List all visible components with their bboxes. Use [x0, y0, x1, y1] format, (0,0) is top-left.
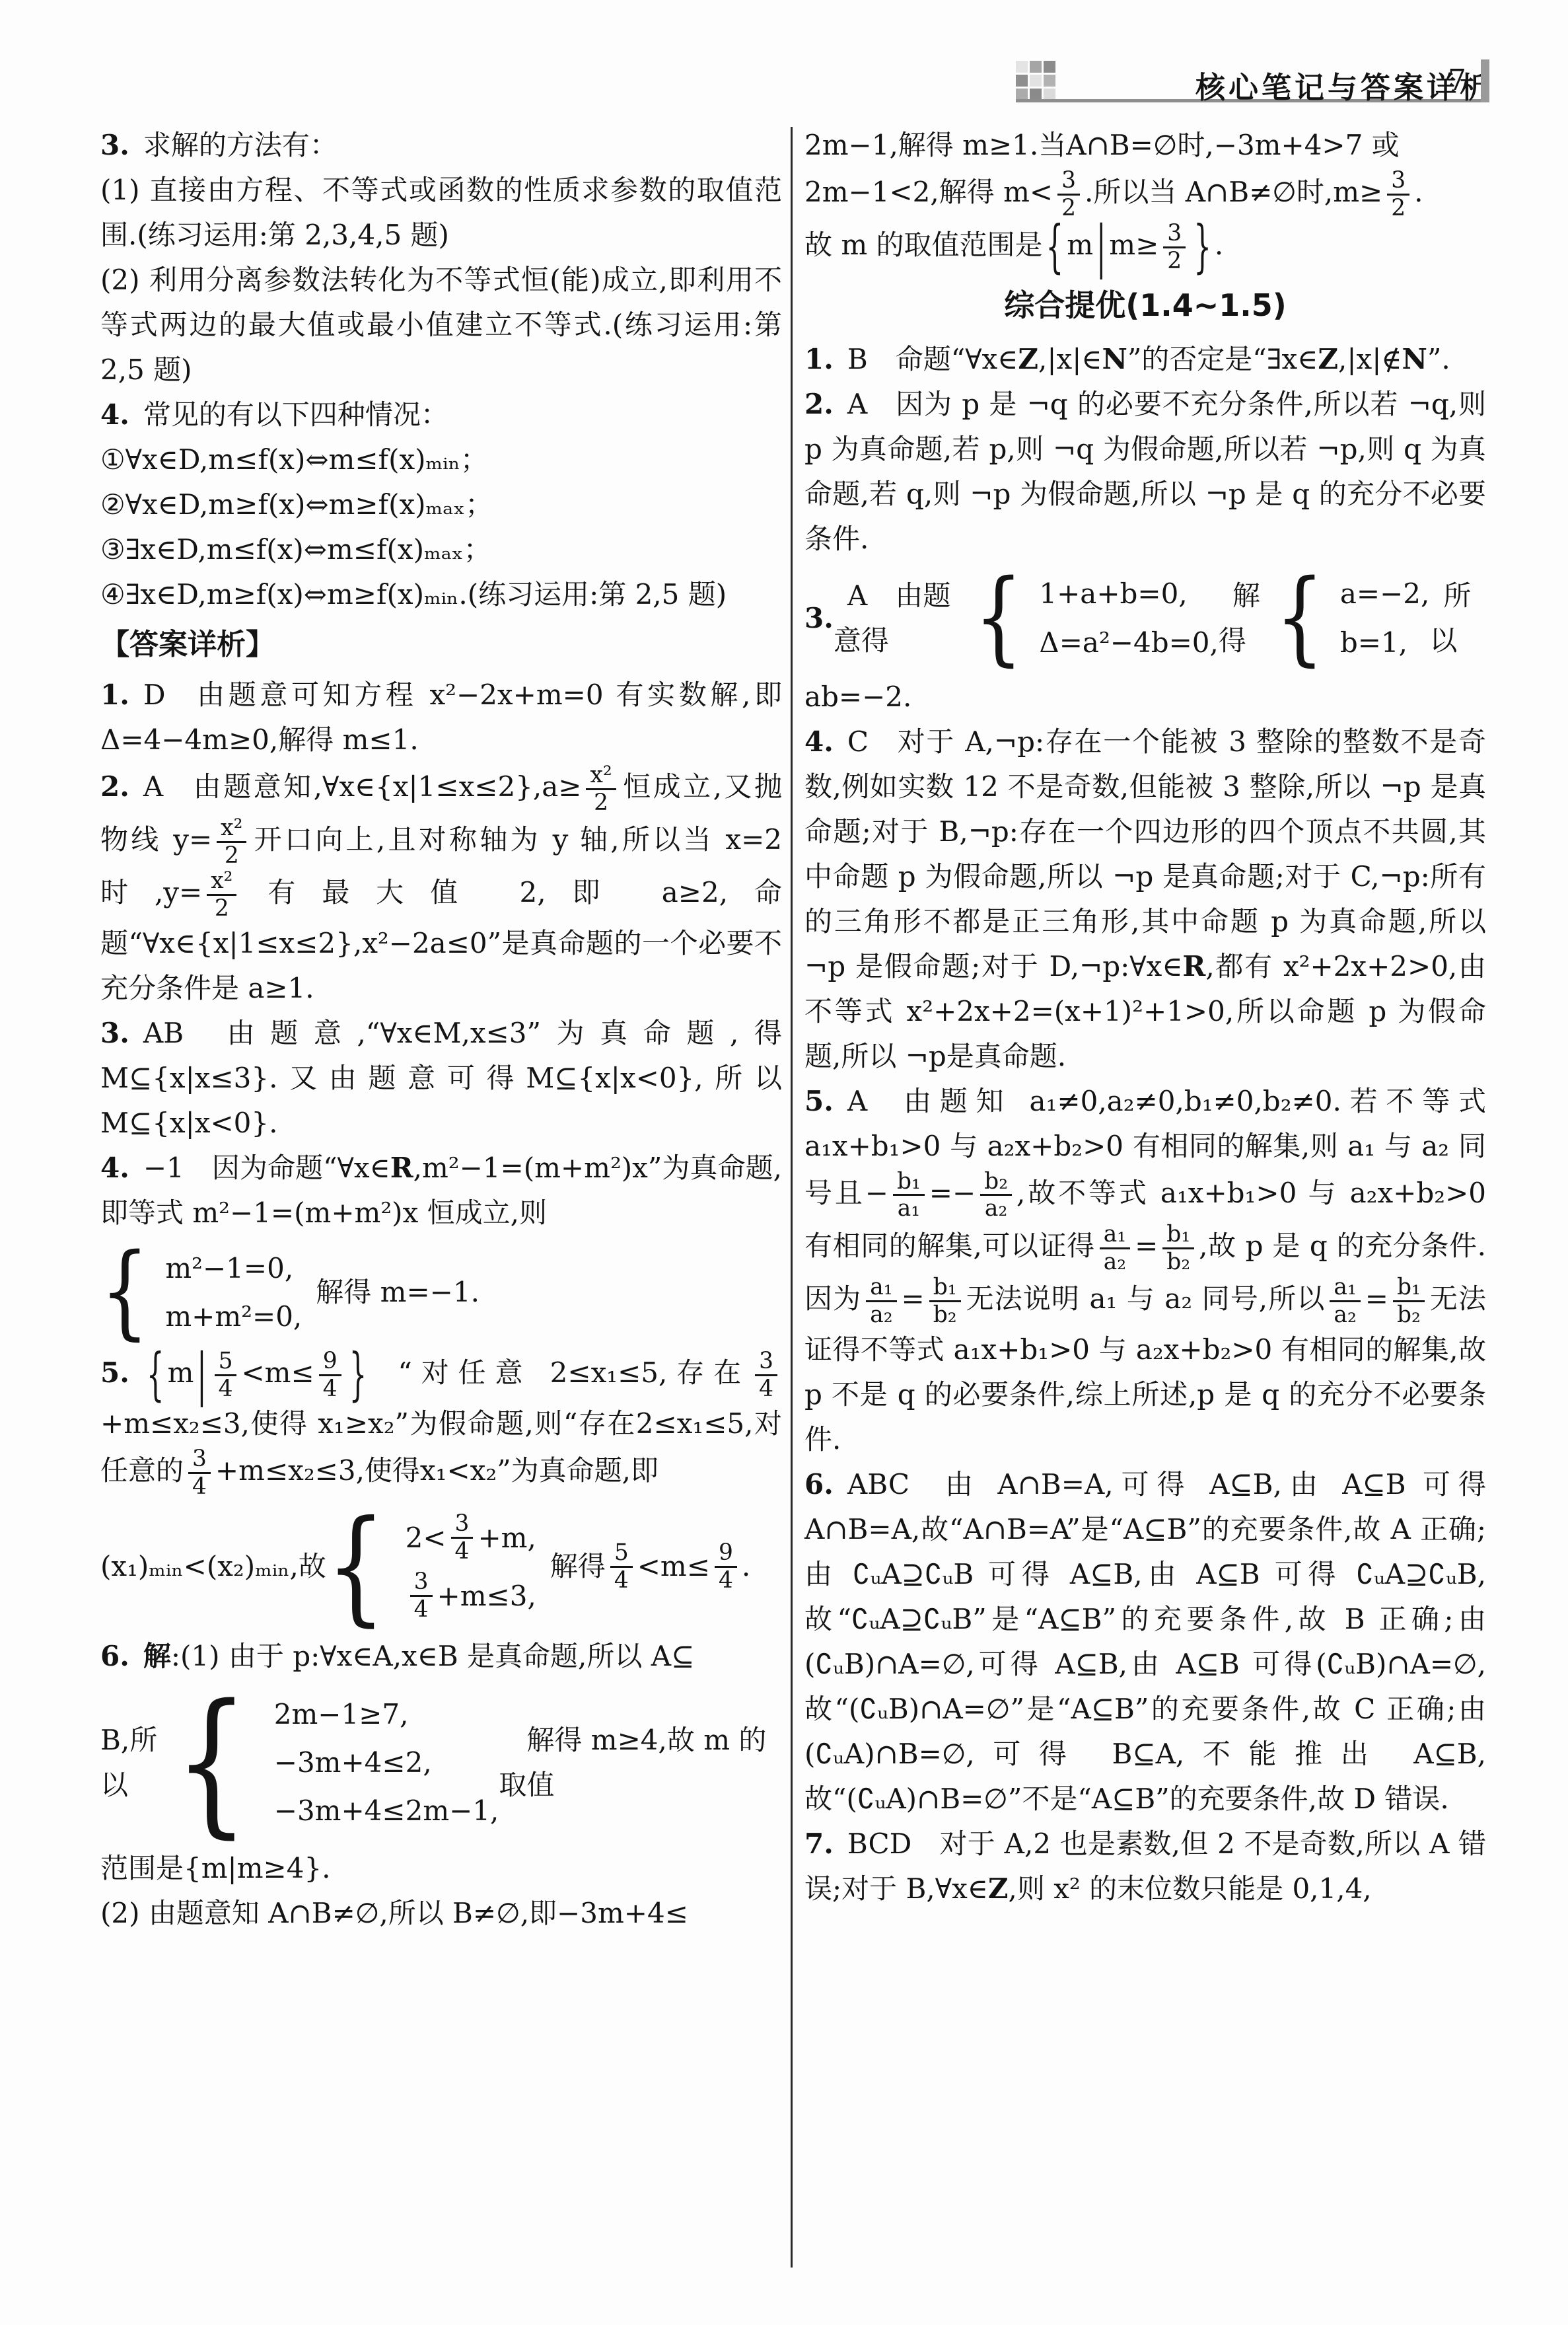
- bold-text-run: N: [1402, 343, 1427, 375]
- bold-text-run: 【答案详析】: [100, 628, 275, 661]
- text-run: ”.: [1427, 343, 1450, 375]
- fraction-numerator: 5: [215, 1348, 237, 1374]
- paragraph: 5. {m|54<m≤94} “对任意 2≤x₁≤5,存在34+m≤x₂≤3,使…: [100, 1348, 782, 1499]
- cases-group: {2m−1≥7,−3m+4≤2,−3m+4≤2m−1,: [174, 1684, 499, 1840]
- text-run: 2m−1≥7,: [274, 1693, 409, 1736]
- fraction-denominator: 4: [188, 1472, 211, 1500]
- paragraph: ②∀x∈D,m≥f(x)⇔m≥f(x)ₘₐₓ；: [100, 482, 782, 527]
- bold-text-run: 5.: [804, 1085, 834, 1117]
- fraction-denominator: 4: [215, 1374, 237, 1402]
- math-row: (x₁)ₘᵢₙ<(x₂)ₘᵢₙ,故{2<34+m,34+m≤3, 解得54<m≤…: [100, 1504, 782, 1629]
- text-run: A 因为 p 是 ¬q 的必要不充分条件,所以若 ¬q,则 p 为真命题,若 p…: [804, 388, 1495, 555]
- cases-brace-icon: {: [1275, 567, 1324, 669]
- text-run: +m≤3,: [437, 1574, 536, 1617]
- text-run: 1+a+b=0,: [1039, 572, 1187, 615]
- cases-brace-icon: {: [174, 1684, 249, 1840]
- text-run: −1 因为命题“∀x∈: [129, 1152, 390, 1184]
- text-run: AB 由题意,“∀x∈M,x≤3”为真命题,得 M⊆{x|x≤3}.又由题意可得…: [100, 1017, 791, 1139]
- tall-brace-icon: |: [1096, 201, 1106, 293]
- text-run: B 命题“∀x∈: [834, 343, 1018, 375]
- grid-square: [1030, 61, 1042, 73]
- fraction-denominator: b₂: [1393, 1300, 1425, 1328]
- bold-text-run: 3.: [804, 596, 834, 641]
- bold-text-run: 5.: [100, 1356, 129, 1389]
- fraction-numerator: b₁: [1393, 1274, 1425, 1300]
- fraction-numerator: b₁: [893, 1169, 925, 1195]
- tall-brace-icon: {: [147, 1329, 164, 1421]
- paragraph: 5. A 由题知 a₁≠0,a₂≠0,b₁≠0,b₂≠0.若不等式 a₁x+b₁…: [804, 1079, 1486, 1462]
- text-run: B,所以: [100, 1718, 174, 1808]
- text-run: ,|x|∉: [1338, 343, 1402, 375]
- fraction-numerator: 3: [188, 1446, 211, 1472]
- fraction-numerator: 5: [610, 1540, 633, 1566]
- text-run: 2<: [406, 1516, 446, 1559]
- paragraph: 7. BCD 对于 A,2 也是素数,但 2 不是奇数,所以 A 错误;对于 B…: [804, 1822, 1486, 1911]
- paragraph: (2) 由题意知 A∩B≠∅,所以 B≠∅,即−3m+4≤: [100, 1891, 782, 1936]
- text-run: .所以当 A∩B≠∅时,m≥: [1085, 176, 1382, 208]
- cases-line: b=1,: [1340, 621, 1408, 664]
- tall-brace-icon: |: [197, 1329, 206, 1421]
- paragraph: 3. AB 由题意,“∀x∈M,x≤3”为真命题,得 M⊆{x|x≤3}.又由题…: [100, 1011, 782, 1146]
- text-run: m+m²=0,: [165, 1295, 302, 1338]
- text-run: .: [742, 1544, 750, 1589]
- text-run: .: [1414, 176, 1423, 208]
- cases-brace-icon: {: [326, 1504, 386, 1629]
- fraction: 34: [188, 1446, 211, 1499]
- text-run: 解得 m=−1.: [302, 1270, 480, 1315]
- cases-line: 34+m≤3,: [406, 1569, 536, 1622]
- book-page: 核心笔记与答案详析 7 3. 求解的方法有：(1) 直接由方程、不等式或函数的性…: [0, 0, 1568, 2325]
- paragraph: (1) 直接由方程、不等式或函数的性质求参数的取值范围.(练习运用:第 2,3,…: [100, 168, 782, 258]
- text-run: +m≤x₂≤3,使得x₁<x₂”为真命题,即: [215, 1454, 659, 1487]
- text-run: 常见的有以下四种情况：: [129, 398, 448, 431]
- text-run: ,|x|∈: [1038, 343, 1102, 375]
- paragraph: 2m−1<2,解得 m<32.所以当 A∩B≠∅时,m≥32.: [804, 168, 1486, 221]
- fraction-denominator: 2: [586, 788, 616, 816]
- text-run: 2m−1,解得 m≥1.当A∩B=∅时,−3m+4>7 或: [804, 129, 1400, 161]
- math-row: {m²−1=0,m+m²=0, 解得 m=−1.: [100, 1241, 782, 1343]
- text-run: +m,: [478, 1516, 536, 1559]
- paragraph: 4. C 对于 A,¬p:存在一个能被 3 整除的整数不是奇数,例如实数 12 …: [804, 720, 1486, 1079]
- bold-text-run: 6.: [100, 1640, 129, 1672]
- grid-square: [1016, 61, 1028, 73]
- fraction-denominator: a₂: [1100, 1247, 1130, 1275]
- cases-line: m²−1=0,: [165, 1247, 293, 1290]
- fraction-denominator: b₂: [1162, 1247, 1194, 1275]
- bold-text-run: 2.: [100, 770, 129, 803]
- fraction: 54: [610, 1540, 633, 1593]
- paragraph: ③∃x∈D,m≤f(x)⇔m≤f(x)ₘₐₓ；: [100, 527, 782, 572]
- grid-squares-icon: [1016, 61, 1055, 100]
- text-run: 2m−1<2,解得 m<: [804, 176, 1053, 208]
- text-run: 故 m 的取值范围是: [804, 229, 1043, 261]
- text-run: −3m+4≤2,: [274, 1741, 432, 1784]
- bold-text-run: 4.: [804, 725, 834, 758]
- fraction: b₁b₂: [929, 1274, 961, 1327]
- tall-brace-icon: }: [349, 1329, 367, 1421]
- cases-group: {m²−1=0,m+m²=0,: [100, 1241, 302, 1343]
- bold-text-run: 4.: [100, 398, 129, 431]
- bold-text-run: 1.: [100, 679, 129, 711]
- text-run: =−: [929, 1177, 976, 1209]
- fraction-numerator: b₁: [929, 1274, 961, 1300]
- fraction: b₁a₁: [893, 1169, 925, 1222]
- fraction: a₁a₂: [1330, 1274, 1360, 1327]
- text-run: [129, 1640, 143, 1672]
- fraction: x²2: [207, 868, 236, 921]
- text-run: m: [168, 1356, 194, 1389]
- bold-text-run: 1.: [804, 343, 834, 375]
- fraction-denominator: 4: [715, 1566, 737, 1594]
- cases-line: 2<34+m,: [406, 1511, 536, 1564]
- fraction-denominator: 2: [1163, 246, 1186, 274]
- answers-section-header: 【答案详析】: [100, 617, 782, 673]
- fraction: 34: [755, 1348, 777, 1401]
- left-column: 3. 求解的方法有：(1) 直接由方程、不等式或函数的性质求参数的取值范围.(练…: [100, 123, 782, 1936]
- paragraph: 2m−1,解得 m≥1.当A∩B=∅时,−3m+4>7 或: [804, 123, 1486, 168]
- text-run: (1) 直接由方程、不等式或函数的性质求参数的取值范围.(练习运用:第 2,3,…: [100, 174, 782, 251]
- fraction: x²2: [586, 762, 616, 815]
- cases-brace-icon: {: [100, 1241, 149, 1343]
- fraction-numerator: x²: [586, 762, 616, 788]
- math-row: B,所以{2m−1≥7,−3m+4≤2,−3m+4≤2m−1, 解得 m≥4,故…: [100, 1684, 782, 1840]
- cases-line: a=−2,: [1340, 572, 1430, 615]
- text-run: “对任意 2≤x₁≤5,存在: [370, 1356, 750, 1389]
- fraction-numerator: 3: [755, 1348, 777, 1374]
- bold-text-run: 3.: [100, 1017, 129, 1049]
- text-run: C 对于 A,¬p:存在一个能被 3 整除的整数不是奇数,例如实数 12 不是奇…: [804, 725, 1495, 982]
- fraction: 94: [715, 1540, 737, 1593]
- cases-body: 1+a+b=0,Δ=a²−4b=0,: [1039, 572, 1218, 663]
- fraction-numerator: a₁: [866, 1274, 896, 1300]
- text-run: a=−2,: [1340, 572, 1430, 615]
- fraction: 34: [410, 1569, 433, 1622]
- fraction-numerator: 3: [1387, 168, 1409, 194]
- bold-text-run: R: [390, 1152, 413, 1184]
- paragraph: 4. 常见的有以下四种情况：: [100, 392, 782, 437]
- bold-text-run: Z: [1018, 343, 1038, 375]
- cases-line: 2m−1≥7,: [274, 1693, 409, 1736]
- fraction: 32: [1387, 168, 1409, 221]
- paragraph: 4. −1 因为命题“∀x∈R,m²−1=(m+m²)x”为真命题,即等式 m²…: [100, 1146, 782, 1236]
- paragraph: 1. D 由题意可知方程 x²−2x+m=0 有实数解,即 Δ=4−4m≥0,解…: [100, 673, 782, 762]
- bold-text-run: 4.: [100, 1152, 129, 1184]
- text-run: =: [1365, 1282, 1388, 1315]
- text-run: 解得: [536, 1544, 606, 1589]
- fraction-denominator: 4: [319, 1374, 341, 1402]
- right-column: 2m−1,解得 m≥1.当A∩B=∅时,−3m+4>7 或2m−1<2,解得 m…: [804, 123, 1486, 1911]
- fraction-denominator: 4: [410, 1595, 433, 1623]
- bold-text-run: 3.: [100, 129, 129, 161]
- cases-group: {a=−2,b=1,: [1275, 567, 1430, 669]
- fraction-denominator: 4: [610, 1566, 633, 1594]
- text-run: 求解的方法有：: [129, 129, 338, 161]
- text-run: 有最大值 2,即 a≥2,命题“∀x∈{x|1≤x≤2},x²−2a≤0”是真命…: [100, 876, 782, 1004]
- text-run: ③∃x∈D,m≤f(x)⇔m≤f(x)ₘₐₓ；: [100, 533, 491, 566]
- cases-body: m²−1=0,m+m²=0,: [165, 1247, 302, 1338]
- fraction-denominator: a₂: [980, 1194, 1012, 1222]
- text-run: ”的否定是“∃x∈: [1127, 343, 1318, 375]
- text-run: ,则 x² 的末位数只能是 0,1,4,: [1009, 1872, 1372, 1905]
- paragraph: 2. A 因为 p 是 ¬q 的必要不充分条件,所以若 ¬q,则 p 为真命题,…: [804, 382, 1486, 562]
- cases-line: −3m+4≤2,: [274, 1741, 432, 1784]
- cases-line: Δ=a²−4b=0,: [1039, 621, 1218, 664]
- fraction: a₁a₂: [866, 1274, 896, 1327]
- fraction-denominator: 4: [755, 1374, 777, 1402]
- fraction-denominator: a₂: [1330, 1300, 1360, 1328]
- fraction-numerator: a₁: [1330, 1274, 1360, 1300]
- cases-body: a=−2,b=1,: [1340, 572, 1430, 663]
- paragraph: (2) 利用分离参数法转化为不等式恒(能)成立,即利用不等式两边的最大值或最小值…: [100, 258, 782, 392]
- fraction-numerator: 3: [1057, 168, 1080, 194]
- text-run: =: [902, 1282, 925, 1315]
- paragraph: 6. ABC 由 A∩B=A,可得 A⊆B,由 A⊆B 可得 A∩B=A,故“A…: [804, 1462, 1486, 1822]
- fraction-numerator: 9: [715, 1540, 737, 1566]
- cases-body: 2m−1≥7,−3m+4≤2,−3m+4≤2m−1,: [274, 1693, 499, 1832]
- text-run: Δ=a²−4b=0,: [1039, 621, 1218, 664]
- fraction-numerator: 3: [1163, 221, 1186, 246]
- bold-text-run: R: [1182, 950, 1205, 982]
- fraction-numerator: x²: [217, 815, 246, 841]
- header-vertical-bar: [1481, 59, 1489, 102]
- text-run: D 由题意可知方程 x²−2x+m=0 有实数解,即 Δ=4−4m≥0,解得 m…: [100, 679, 791, 756]
- text-run: A 由题意知,∀x∈{x|1≤x≤2},a≥: [129, 770, 582, 803]
- cases-group: {1+a+b=0,Δ=a²−4b=0,: [974, 567, 1219, 669]
- text-run: (2) 由题意知 A∩B≠∅,所以 B≠∅,即−3m+4≤: [100, 1897, 688, 1929]
- text-run: ABC 由 A∩B=A,可得 A⊆B,由 A⊆B 可得 A∩B=A,故“A∩B=…: [804, 1468, 1495, 1815]
- fraction-numerator: a₁: [1100, 1222, 1130, 1247]
- bold-text-run: Z: [988, 1872, 1009, 1905]
- bold-text-run: N: [1102, 343, 1127, 375]
- text-run: m: [1067, 229, 1093, 261]
- paragraph: ab=−2.: [804, 675, 1486, 720]
- text-run: .: [1215, 229, 1223, 261]
- fraction-numerator: 9: [319, 1348, 341, 1374]
- fraction-denominator: 4: [451, 1537, 474, 1565]
- grid-square: [1044, 75, 1055, 87]
- cases-body: 2<34+m,34+m≤3,: [406, 1511, 536, 1622]
- tall-brace-icon: }: [1194, 201, 1211, 293]
- fraction: b₁b₂: [1393, 1274, 1425, 1327]
- section-title: 综合提优(1.4~1.5): [804, 274, 1486, 337]
- cases-line: −3m+4≤2m−1,: [274, 1789, 499, 1832]
- fraction-denominator: a₁: [893, 1194, 925, 1222]
- fraction-numerator: 3: [451, 1511, 474, 1537]
- bold-text-run: 7.: [804, 1827, 834, 1860]
- text-run: 解得 m≥4,故 m 的取值: [499, 1718, 782, 1808]
- cases-line: m+m²=0,: [165, 1295, 302, 1338]
- text-run: m≥: [1109, 229, 1158, 261]
- fraction-denominator: a₂: [866, 1300, 896, 1328]
- cases-brace-icon: {: [974, 567, 1023, 669]
- text-run: m²−1=0,: [165, 1247, 293, 1290]
- fraction: 54: [215, 1348, 237, 1401]
- fraction: 34: [451, 1511, 474, 1564]
- tall-brace-icon: {: [1046, 201, 1064, 293]
- text-run: ④∃x∈D,m≥f(x)⇔m≥f(x)ₘᵢₙ.(练习运用:第 2,5 题): [100, 578, 727, 610]
- text-run: 所以: [1429, 573, 1486, 663]
- fraction: 94: [319, 1348, 341, 1401]
- text-run: (x₁)ₘᵢₙ<(x₂)ₘᵢₙ,故: [100, 1544, 326, 1589]
- column-divider: [791, 127, 793, 2268]
- text-run: ②∀x∈D,m≥f(x)⇔m≥f(x)ₘₐₓ；: [100, 488, 493, 521]
- text-run: −3m+4≤2m−1,: [274, 1789, 499, 1832]
- fraction: b₁b₂: [1162, 1222, 1194, 1274]
- text-run: [129, 1356, 143, 1389]
- text-run: ab=−2.: [804, 681, 911, 713]
- fraction-denominator: 2: [1387, 194, 1409, 221]
- text-run: <m≤: [637, 1544, 710, 1589]
- fraction-denominator: b₂: [929, 1300, 961, 1328]
- grid-square: [1016, 75, 1028, 87]
- text-run: ①∀x∈D,m≤f(x)⇔m≤f(x)ₘᵢₙ；: [100, 443, 488, 476]
- paragraph: 2. A 由题意知,∀x∈{x|1≤x≤2},a≥x²2恒成立,又抛物线 y=x…: [100, 762, 782, 1011]
- grid-square: [1044, 61, 1055, 73]
- fraction-denominator: 2: [217, 841, 246, 869]
- bold-text-run: 解: [143, 1640, 171, 1672]
- math-row: 3. A 由题意得{1+a+b=0,Δ=a²−4b=0, 解得{a=−2,b=1…: [804, 567, 1486, 669]
- grid-square: [1030, 75, 1042, 87]
- text-run: b=1,: [1340, 621, 1408, 664]
- fraction-numerator: b₁: [1162, 1222, 1194, 1247]
- bold-text-run: Z: [1318, 343, 1338, 375]
- paragraph: 故 m 的取值范围是{m|m≥32}.: [804, 221, 1486, 274]
- fraction: a₁a₂: [1100, 1222, 1130, 1274]
- text-run: 无法说明 a₁ 与 a₂ 同号,所以: [966, 1282, 1326, 1315]
- fraction-numerator: x²: [207, 868, 236, 894]
- fraction: b₂a₂: [980, 1169, 1012, 1222]
- text-run: A 由题意得: [834, 573, 974, 663]
- text-run: 范围是{m|m≥4}.: [100, 1852, 331, 1884]
- fraction-denominator: 2: [207, 894, 236, 922]
- page-number: 7: [1448, 63, 1466, 97]
- text-run: :(1) 由于 p:∀x∈A,x∈B 是真命题,所以 A⊆: [171, 1640, 694, 1672]
- cases-line: 1+a+b=0,: [1039, 572, 1187, 615]
- fraction-numerator: 3: [410, 1569, 433, 1595]
- text-run: <m≤: [241, 1356, 314, 1389]
- bold-text-run: 2.: [804, 388, 834, 420]
- text-run: 解得: [1219, 573, 1275, 663]
- paragraph: ④∃x∈D,m≥f(x)⇔m≥f(x)ₘᵢₙ.(练习运用:第 2,5 题): [100, 572, 782, 617]
- text-run: =: [1135, 1230, 1158, 1262]
- paragraph: 1. B 命题“∀x∈Z,|x|∈N”的否定是“∃x∈Z,|x|∉N”.: [804, 337, 1486, 382]
- fraction-numerator: b₂: [980, 1169, 1012, 1195]
- bold-text-run: 6.: [804, 1468, 834, 1500]
- fraction: x²2: [217, 815, 246, 868]
- cases-group: {2<34+m,34+m≤3,: [326, 1504, 536, 1629]
- fraction: 32: [1163, 221, 1186, 274]
- paragraph: 3. 求解的方法有：: [100, 123, 782, 168]
- text-run: (2) 利用分离参数法转化为不等式恒(能)成立,即利用不等式两边的最大值或最小值…: [100, 264, 791, 386]
- paragraph: ①∀x∈D,m≤f(x)⇔m≤f(x)ₘᵢₙ；: [100, 437, 782, 482]
